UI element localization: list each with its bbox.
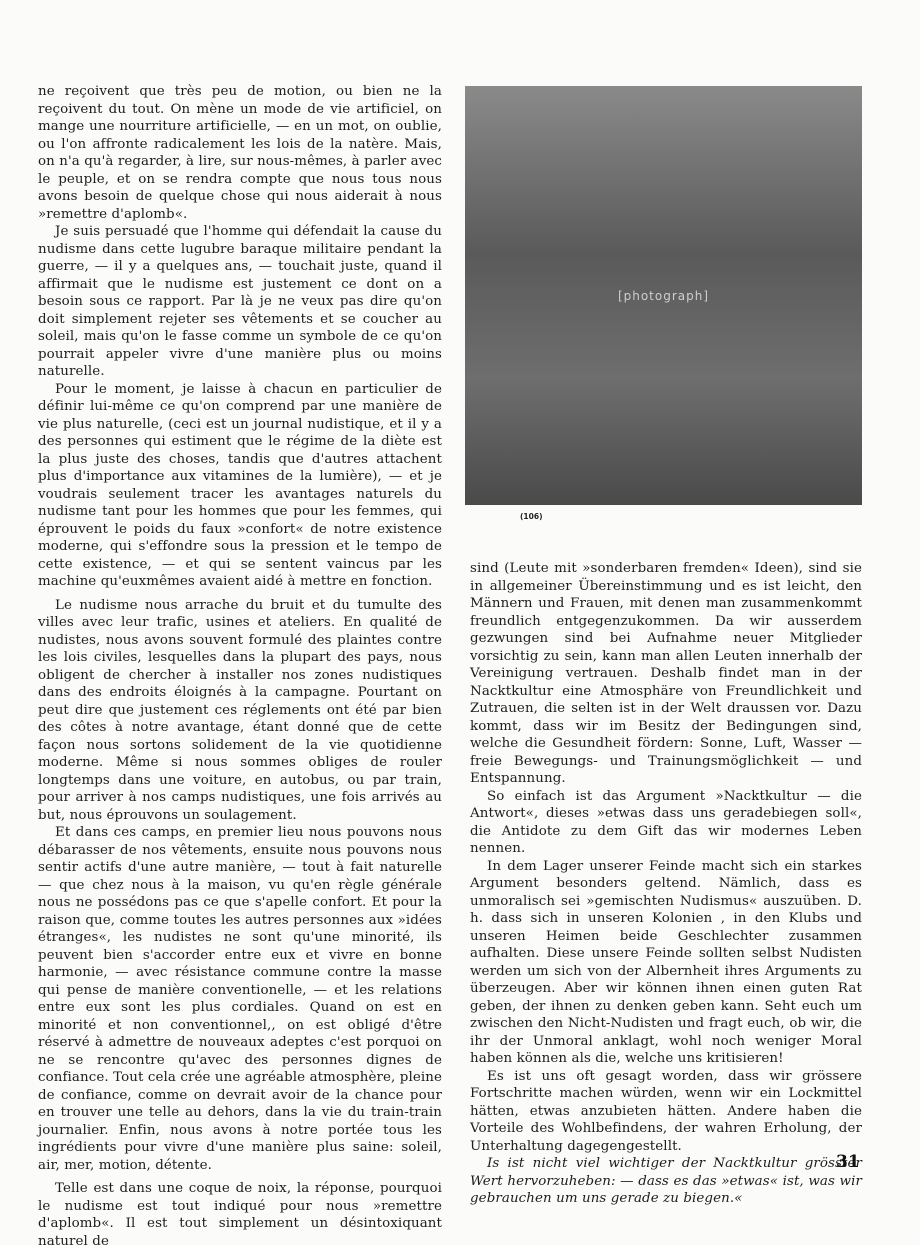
left-text-column: ne reçoivent que très peu de motion, ou … — [38, 83, 442, 1245]
right-text-column: sind (Leute mit »sonderbaren fremden« Id… — [470, 560, 862, 1208]
paragraph: ne reçoivent que très peu de motion, ou … — [38, 83, 442, 223]
photo-label: [photograph] — [618, 289, 709, 303]
paragraph: So einfach ist das Argument »Nacktkultur… — [470, 788, 862, 858]
paragraph: Es ist uns oft gesagt worden, dass wir g… — [470, 1068, 862, 1156]
paragraph: Le nudisme nous arrache du bruit et du t… — [38, 597, 442, 825]
page-number: 31 — [836, 1152, 860, 1172]
photograph-placeholder: [photograph] — [465, 86, 862, 505]
paragraph: Je suis persuadé que l'homme qui défenda… — [38, 223, 442, 381]
paragraph: Et dans ces camps, en premier lieu nous … — [38, 824, 442, 1174]
photo-caption: (106) — [520, 512, 543, 521]
paragraph: sind (Leute mit »sonderbaren fremden« Id… — [470, 560, 862, 788]
paragraph: Pour le moment, je laisse à chacun en pa… — [38, 381, 442, 591]
paragraph: Telle est dans une coque de noix, la rép… — [38, 1180, 442, 1245]
paragraph: In dem Lager unserer Feinde macht sich e… — [470, 858, 862, 1068]
closing-paragraph: Is ist nicht viel wichtiger der Nacktkul… — [470, 1155, 862, 1208]
